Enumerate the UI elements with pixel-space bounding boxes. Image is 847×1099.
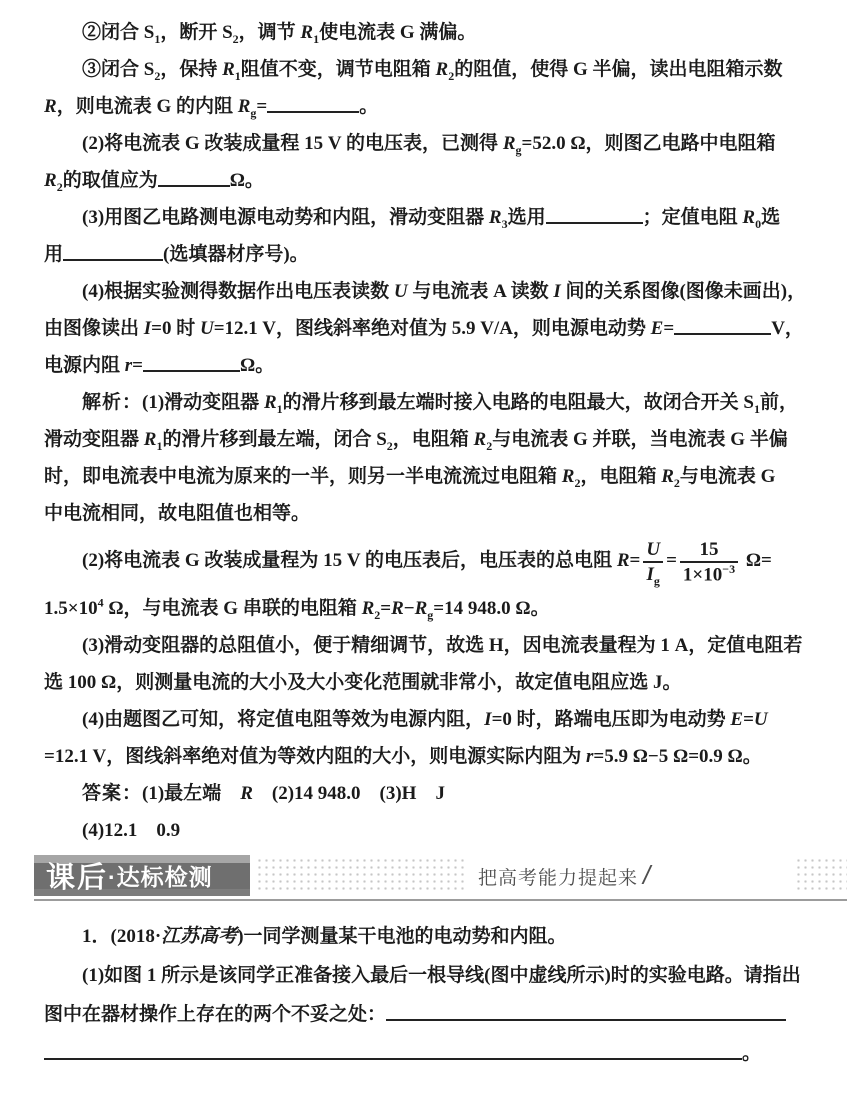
text-line: (1)如图 1 所示是该同学正准备接入最后一根导线(图中虚线所示)时的实验电路。…	[44, 956, 805, 995]
text-line: (3)用图乙电路测电源电动势和内阻，滑动变阻器 R3选用；定值电阻 R0选	[44, 199, 805, 236]
text-line: 时，即电流表中电流为原来的一半，则另一半电流流过电阻箱 R2，电阻箱 R2与电流…	[44, 458, 805, 495]
section-banner: 课后·达标检测 把高考能力提起来/	[34, 855, 847, 901]
text-line: 用(选填器材序号)。	[44, 236, 805, 273]
answer-blank	[546, 207, 643, 224]
fraction-15-over-1e-3: 151×10−3	[680, 538, 738, 586]
text-line: (2)将电流表 G 改装成量程 15 V 的电压表，已测得 Rg=52.0 Ω，…	[44, 125, 805, 162]
banner-slash-mark: /	[643, 860, 651, 890]
answer-blank	[386, 1004, 786, 1021]
text-line: (4)根据实验测得数据作出电压表读数 U 与电流表 A 读数 I 间的关系图像(…	[44, 273, 805, 310]
answer-blank	[158, 170, 230, 187]
fraction-U-over-Ig: UIg	[643, 538, 663, 586]
text-line: R2的取值应为Ω。	[44, 162, 805, 199]
text-line: 解析：(1)滑动变阻器 R1的滑片移到最左端时接入电路的电阻最大，故闭合开关 S…	[44, 384, 805, 421]
text-line: 。	[44, 1034, 805, 1073]
banner-title-main: 课后	[46, 855, 108, 896]
answer-blank	[267, 96, 359, 113]
text-line: 答案：(1)最左端 R (2)14 948.0 (3)H J	[44, 775, 805, 812]
answer-blank	[63, 244, 163, 261]
banner-tagline-text: 把高考能力提起来	[478, 868, 638, 889]
answer-blank	[143, 355, 240, 372]
answer-blank	[674, 318, 771, 335]
text-line: ②闭合 S1，断开 S2，调节 R1使电流表 G 满偏。	[44, 14, 805, 51]
section-banner-title-bar: 课后·达标检测	[34, 855, 250, 896]
text-line: =12.1 V，图线斜率绝对值为等效内阻的大小，则电源实际内阻为 r=5.9 Ω…	[44, 738, 805, 775]
text-line: 电源内阻 r=Ω。	[44, 347, 805, 384]
banner-tagline: 把高考能力提起来/	[464, 855, 793, 896]
text-line: (3)滑动变阻器的总阻值小，便于精细调节，故选 H，因电流表量程为 1 A，定值…	[44, 627, 805, 664]
document-body-top: ②闭合 S1，断开 S2，调节 R1使电流表 G 满偏。 ③闭合 S2，保持 R…	[0, 0, 847, 849]
text-line: ③闭合 S2，保持 R1阻值不变，调节电阻箱 R2的阻值，使得 G 半偏，读出电…	[44, 51, 805, 88]
text-line: 1．(2018·江苏高考)一同学测量某干电池的电动势和内阻。	[44, 917, 805, 956]
text-line: (2)将电流表 G 改装成量程为 15 V 的电压表后，电压表的总电阻 R=UI…	[44, 532, 805, 590]
answer-label: 答案：	[82, 783, 142, 804]
text-line: 图中在器材操作上存在的两个不妥之处：	[44, 995, 805, 1034]
text-line: 选 100 Ω，则测量电流的大小及大小变化范围就非常小，故定值电阻应选 J。	[44, 664, 805, 701]
document-body-bottom: 1．(2018·江苏高考)一同学测量某干电池的电动势和内阻。 (1)如图 1 所…	[0, 901, 847, 1073]
text-line: 由图像读出 I=0 时 U=12.1 V，图线斜率绝对值为 5.9 V/A，则电…	[44, 310, 805, 347]
text-line: 滑动变阻器 R1的滑片移到最左端，闭合 S2，电阻箱 R2与电流表 G 并联，当…	[44, 421, 805, 458]
text-line: 中电流相同，故电阻值也相等。	[44, 495, 805, 532]
banner-title-sub: ·达标检测	[108, 859, 213, 892]
answer-blank	[44, 1043, 742, 1060]
text-line: 1.5×104 Ω，与电流表 G 串联的电阻箱 R2=R−Rg=14 948.0…	[44, 590, 805, 627]
exam-source-label: 江苏高考	[161, 926, 237, 947]
text-line: (4)由题图乙可知，将定值电阻等效为电源内阻，I=0 时，路端电压即为电动势 E…	[44, 701, 805, 738]
text-line: (4)12.1 0.9	[44, 812, 805, 849]
text-line: R，则电流表 G 的内阻 Rg=。	[44, 88, 805, 125]
analysis-label: 解析：	[82, 392, 142, 413]
